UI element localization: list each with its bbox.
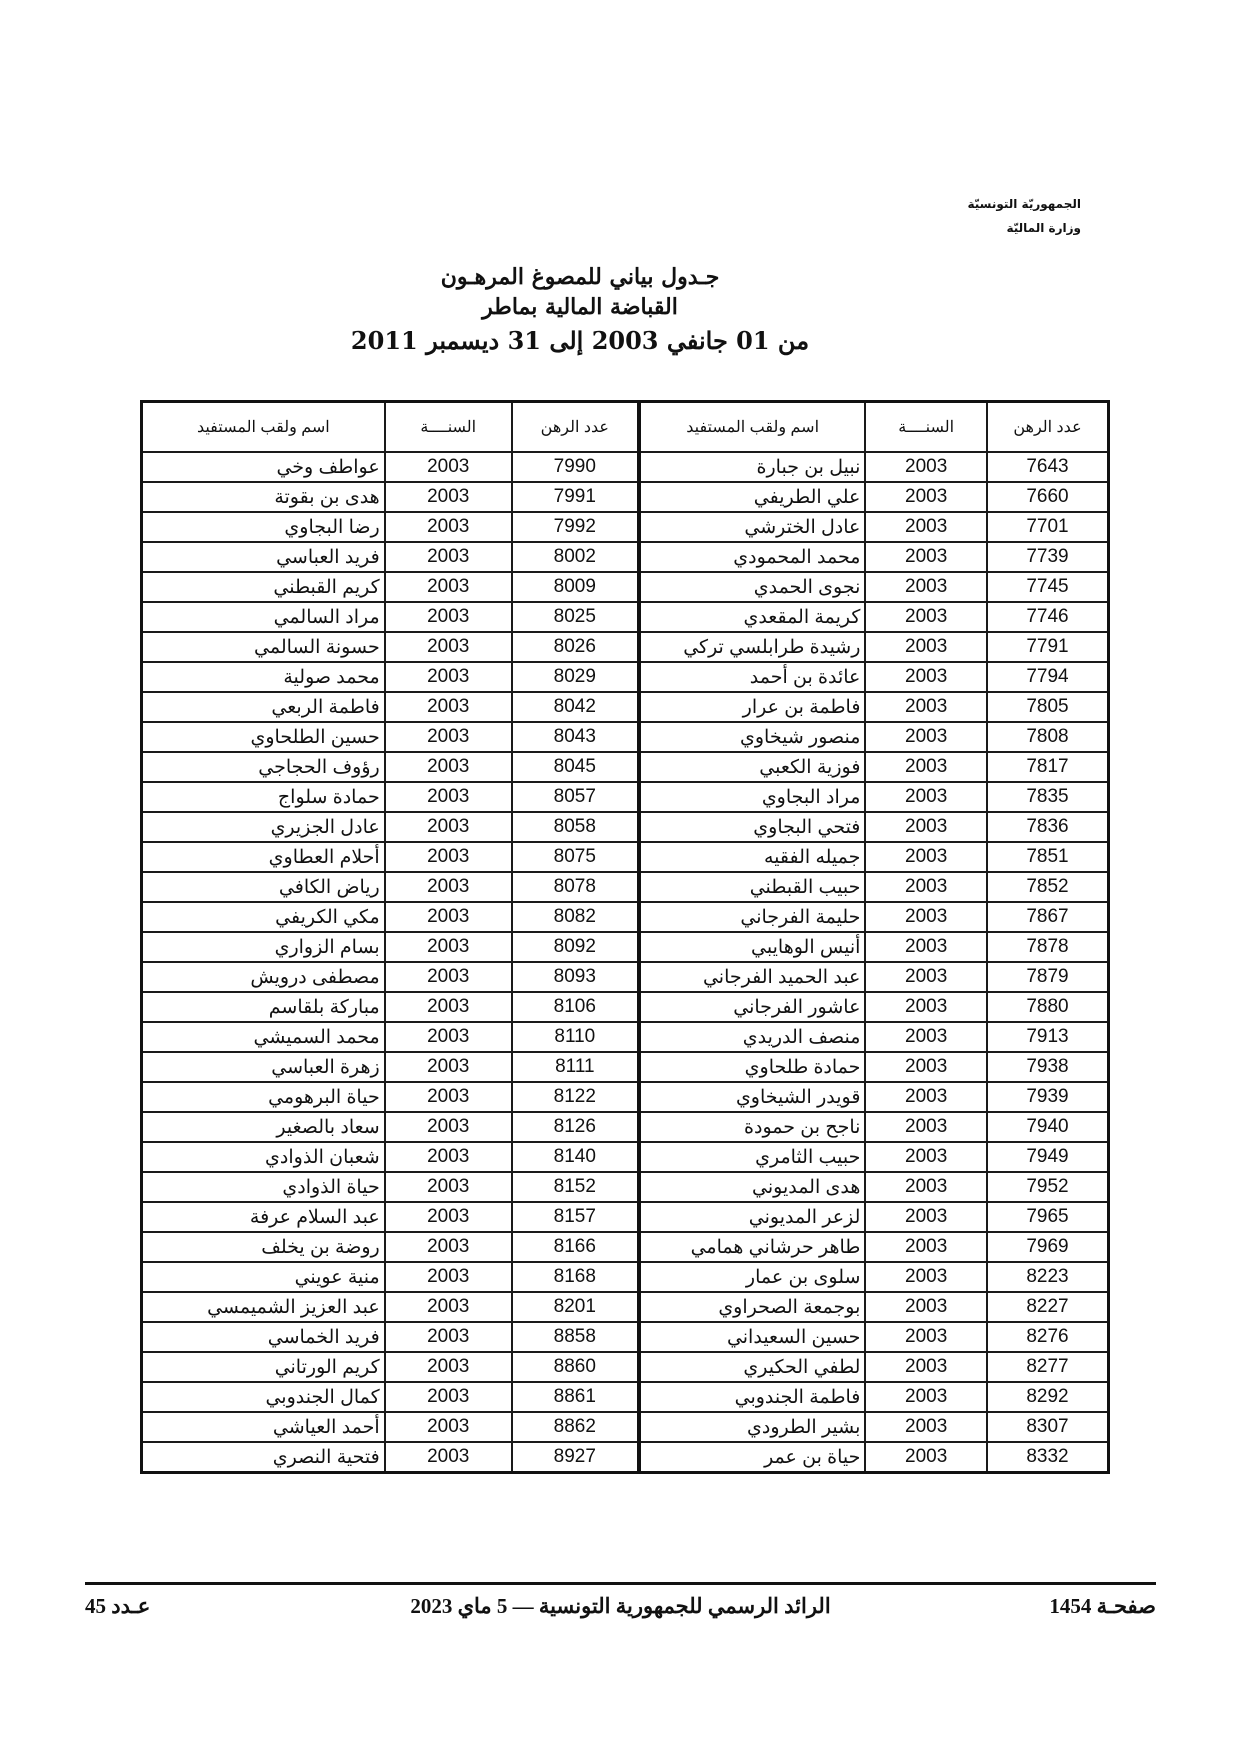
beneficiary-name-cell: ناجح بن حمودة xyxy=(639,1112,866,1142)
year-cell: 2003 xyxy=(865,512,987,542)
year-cell: 2003 xyxy=(865,632,987,662)
beneficiary-name-cell: فاطمة الربعي xyxy=(142,692,385,722)
col-header-year: السنــــة xyxy=(385,402,512,453)
table-header-row: عدد الرهن السنــــة اسم ولقب المستفيد عد… xyxy=(142,402,1109,453)
pledge-number-cell: 7879 xyxy=(987,962,1109,992)
title-line-2: القباضة المالية بماطر xyxy=(300,292,860,322)
pledge-number-cell: 8082 xyxy=(512,902,639,932)
pledge-number-cell: 7791 xyxy=(987,632,1109,662)
year-cell: 2003 xyxy=(865,1382,987,1412)
year-cell: 2003 xyxy=(385,752,512,782)
pledge-number-cell: 8862 xyxy=(512,1412,639,1442)
beneficiary-name-cell: فاطمة بن عرار xyxy=(639,692,866,722)
year-cell: 2003 xyxy=(385,1022,512,1052)
beneficiary-name-cell: حبيب الثامري xyxy=(639,1142,866,1172)
year-cell: 2003 xyxy=(865,1112,987,1142)
beneficiary-name-cell: رضا البجاوي xyxy=(142,512,385,542)
table-row: 78782003أنيس الوهايبي80922003بسام الزوار… xyxy=(142,932,1109,962)
beneficiary-name-cell: هدى المديوني xyxy=(639,1172,866,1202)
pledge-number-cell: 8026 xyxy=(512,632,639,662)
pledge-number-cell: 8140 xyxy=(512,1142,639,1172)
beneficiary-name-cell: سلوى بن عمار xyxy=(639,1262,866,1292)
beneficiary-name-cell: حبيب القبطني xyxy=(639,872,866,902)
pledged-jewelry-table: عدد الرهن السنــــة اسم ولقب المستفيد عد… xyxy=(140,400,1110,1474)
pledge-number-cell: 7992 xyxy=(512,512,639,542)
table-row: 77912003رشيدة طرابلسي تركي80262003حسونة … xyxy=(142,632,1109,662)
beneficiary-name-cell: فوزية الكعبي xyxy=(639,752,866,782)
year-cell: 2003 xyxy=(385,572,512,602)
beneficiary-name-cell: جميله الفقيه xyxy=(639,842,866,872)
pledge-number-cell: 8157 xyxy=(512,1202,639,1232)
pledge-number-cell: 8927 xyxy=(512,1442,639,1473)
year-cell: 2003 xyxy=(865,1442,987,1473)
year-cell: 2003 xyxy=(385,1142,512,1172)
beneficiary-name-cell: فتحي البجاوي xyxy=(639,812,866,842)
pledge-number-cell: 7990 xyxy=(512,452,639,482)
pledge-number-cell: 8292 xyxy=(987,1382,1109,1412)
beneficiary-name-cell: لزعر المديوني xyxy=(639,1202,866,1232)
beneficiary-name-cell: لطفي الحكيري xyxy=(639,1352,866,1382)
table-row: 77462003كريمة المقعدي80252003مراد السالم… xyxy=(142,602,1109,632)
pledge-number-cell: 7913 xyxy=(987,1022,1109,1052)
pledge-number-cell: 8110 xyxy=(512,1022,639,1052)
table-row: 78362003فتحي البجاوي80582003عادل الجزيري xyxy=(142,812,1109,842)
beneficiary-name-cell: عائدة بن أحمد xyxy=(639,662,866,692)
pledge-number-cell: 7969 xyxy=(987,1232,1109,1262)
table-row: 79652003لزعر المديوني81572003عبد السلام … xyxy=(142,1202,1109,1232)
year-cell: 2003 xyxy=(385,782,512,812)
beneficiary-name-cell: عواطف وخي xyxy=(142,452,385,482)
beneficiary-name-cell: حسين الطلحاوي xyxy=(142,722,385,752)
year-cell: 2003 xyxy=(865,1052,987,1082)
pledge-number-cell: 8861 xyxy=(512,1382,639,1412)
pledge-number-cell: 8075 xyxy=(512,842,639,872)
year-cell: 2003 xyxy=(865,902,987,932)
table-row: 82762003حسين السعيداني88582003فريد الخما… xyxy=(142,1322,1109,1352)
beneficiary-name-cell: مراد السالمي xyxy=(142,602,385,632)
year-cell: 2003 xyxy=(865,1352,987,1382)
beneficiary-name-cell: عاشور الفرجاني xyxy=(639,992,866,1022)
table-row: 78512003جميله الفقيه80752003أحلام العطاو… xyxy=(142,842,1109,872)
pledge-number-cell: 7952 xyxy=(987,1172,1109,1202)
year-cell: 2003 xyxy=(385,482,512,512)
beneficiary-name-cell: مباركة بلقاسم xyxy=(142,992,385,1022)
beneficiary-name-cell: حسين السعيداني xyxy=(639,1322,866,1352)
beneficiary-name-cell: مكي الكريفي xyxy=(142,902,385,932)
beneficiary-name-cell: حياة البرهومي xyxy=(142,1082,385,1112)
year-cell: 2003 xyxy=(385,1172,512,1202)
beneficiary-name-cell: حياة بن عمر xyxy=(639,1442,866,1473)
year-cell: 2003 xyxy=(385,692,512,722)
col-header-pledge-number: عدد الرهن xyxy=(987,402,1109,453)
year-cell: 2003 xyxy=(865,1172,987,1202)
year-cell: 2003 xyxy=(385,512,512,542)
pledge-number-cell: 8002 xyxy=(512,542,639,572)
table-row: 78802003عاشور الفرجاني81062003مباركة بلق… xyxy=(142,992,1109,1022)
year-cell: 2003 xyxy=(865,962,987,992)
beneficiary-name-cell: سعاد بالصغير xyxy=(142,1112,385,1142)
beneficiary-name-cell: عادل الجزيري xyxy=(142,812,385,842)
beneficiary-name-cell: علي الطريفي xyxy=(639,482,866,512)
year-cell: 2003 xyxy=(385,1322,512,1352)
table-row: 79522003هدى المديوني81522003حياة الذوادي xyxy=(142,1172,1109,1202)
table-row: 77452003نجوى الحمدي80092003كريم القبطني xyxy=(142,572,1109,602)
table-row: 77392003محمد المحمودي80022003فريد العباس… xyxy=(142,542,1109,572)
beneficiary-name-cell: رؤوف الحجاجي xyxy=(142,752,385,782)
pledge-number-cell: 7643 xyxy=(987,452,1109,482)
table-row: 77942003عائدة بن أحمد80292003محمد صولية xyxy=(142,662,1109,692)
year-cell: 2003 xyxy=(385,722,512,752)
beneficiary-name-cell: نجوى الحمدي xyxy=(639,572,866,602)
col-header-pledge-number: عدد الرهن xyxy=(512,402,639,453)
pledge-number-cell: 7746 xyxy=(987,602,1109,632)
year-cell: 2003 xyxy=(385,1112,512,1142)
pledge-number-cell: 8042 xyxy=(512,692,639,722)
issue-number: عـدد 45 xyxy=(85,1594,150,1619)
pledge-number-cell: 8106 xyxy=(512,992,639,1022)
pledge-number-cell: 7878 xyxy=(987,932,1109,962)
table-row: 83072003بشير الطرودي88622003أحمد العياشي xyxy=(142,1412,1109,1442)
pledge-number-cell: 8277 xyxy=(987,1352,1109,1382)
beneficiary-name-cell: رشيدة طرابلسي تركي xyxy=(639,632,866,662)
pledge-number-cell: 8307 xyxy=(987,1412,1109,1442)
year-cell: 2003 xyxy=(865,1232,987,1262)
beneficiary-name-cell: كريمة المقعدي xyxy=(639,602,866,632)
pledge-number-cell: 8025 xyxy=(512,602,639,632)
year-cell: 2003 xyxy=(865,1082,987,1112)
year-cell: 2003 xyxy=(865,452,987,482)
table-row: 78082003منصور شيخاوي80432003حسين الطلحاو… xyxy=(142,722,1109,752)
year-cell: 2003 xyxy=(865,932,987,962)
col-header-beneficiary: اسم ولقب المستفيد xyxy=(639,402,866,453)
pledge-number-cell: 8078 xyxy=(512,872,639,902)
pledge-number-cell: 7965 xyxy=(987,1202,1109,1232)
year-cell: 2003 xyxy=(385,962,512,992)
year-cell: 2003 xyxy=(385,812,512,842)
beneficiary-name-cell: فريد العباسي xyxy=(142,542,385,572)
table-row: 79492003حبيب الثامري81402003شعبان الذواد… xyxy=(142,1142,1109,1172)
title-date-range: من 01 جانفي 2003 إلى 31 ديسمبر 2011 xyxy=(300,322,860,360)
pledge-number-cell: 8860 xyxy=(512,1352,639,1382)
beneficiary-name-cell: محمد المحمودي xyxy=(639,542,866,572)
year-cell: 2003 xyxy=(865,602,987,632)
year-cell: 2003 xyxy=(865,752,987,782)
beneficiary-name-cell: حليمة الفرجاني xyxy=(639,902,866,932)
table-row: 78522003حبيب القبطني80782003رياض الكافي xyxy=(142,872,1109,902)
year-cell: 2003 xyxy=(385,1412,512,1442)
year-cell: 2003 xyxy=(865,1142,987,1172)
year-cell: 2003 xyxy=(385,872,512,902)
beneficiary-name-cell: عبد العزيز الشميمسي xyxy=(142,1292,385,1322)
year-cell: 2003 xyxy=(865,542,987,572)
table-row: 78672003حليمة الفرجاني80822003مكي الكريف… xyxy=(142,902,1109,932)
country-name: الجمهوريّة التونسيّة xyxy=(967,192,1081,216)
beneficiary-name-cell: حمادة طلحاوي xyxy=(639,1052,866,1082)
year-cell: 2003 xyxy=(865,1202,987,1232)
pledge-number-cell: 8858 xyxy=(512,1322,639,1352)
beneficiary-name-cell: فريد الخماسي xyxy=(142,1322,385,1352)
beneficiary-name-cell: قويدر الشيخاوي xyxy=(639,1082,866,1112)
page-footer: صفحـة 1454 الرائد الرسمي للجمهورية التون… xyxy=(85,1594,1156,1624)
beneficiary-name-cell: نبيل بن جبارة xyxy=(639,452,866,482)
pledge-number-cell: 8045 xyxy=(512,752,639,782)
pledge-number-cell: 7851 xyxy=(987,842,1109,872)
beneficiary-name-cell: حمادة سلواج xyxy=(142,782,385,812)
ministry-header: الجمهوريّة التونسيّة وزارة الماليّة xyxy=(967,192,1081,240)
table-row: 77012003عادل الخترشي79922003رضا البجاوي xyxy=(142,512,1109,542)
pledge-number-cell: 8166 xyxy=(512,1232,639,1262)
pledge-number-cell: 7940 xyxy=(987,1112,1109,1142)
beneficiary-name-cell: منصف الدريدي xyxy=(639,1022,866,1052)
pledge-number-cell: 7867 xyxy=(987,902,1109,932)
year-cell: 2003 xyxy=(865,572,987,602)
year-cell: 2003 xyxy=(385,452,512,482)
pledge-number-cell: 7852 xyxy=(987,872,1109,902)
year-cell: 2003 xyxy=(385,602,512,632)
year-cell: 2003 xyxy=(865,692,987,722)
pledge-number-cell: 8058 xyxy=(512,812,639,842)
pledge-number-cell: 8126 xyxy=(512,1112,639,1142)
beneficiary-name-cell: زهرة العباسي xyxy=(142,1052,385,1082)
title-line-1: جـدول بياني للمصوغ المرهـون xyxy=(300,262,860,292)
pledge-number-cell: 8201 xyxy=(512,1292,639,1322)
table-row: 79692003طاهر حرشاني همامي81662003روضة بن… xyxy=(142,1232,1109,1262)
year-cell: 2003 xyxy=(865,1262,987,1292)
year-cell: 2003 xyxy=(865,782,987,812)
beneficiary-name-cell: منصور شيخاوي xyxy=(639,722,866,752)
year-cell: 2003 xyxy=(385,662,512,692)
beneficiary-name-cell: عبد السلام عرفة xyxy=(142,1202,385,1232)
pledge-number-cell: 7991 xyxy=(512,482,639,512)
beneficiary-name-cell: محمد السميشي xyxy=(142,1022,385,1052)
pledge-number-cell: 8332 xyxy=(987,1442,1109,1473)
beneficiary-name-cell: رياض الكافي xyxy=(142,872,385,902)
table-row: 79392003قويدر الشيخاوي81222003حياة البره… xyxy=(142,1082,1109,1112)
footer-divider xyxy=(85,1582,1156,1585)
year-cell: 2003 xyxy=(865,1412,987,1442)
pledge-number-cell: 8009 xyxy=(512,572,639,602)
pledge-number-cell: 7835 xyxy=(987,782,1109,812)
table-row: 76602003علي الطريفي79912003هدى بن بقوتة xyxy=(142,482,1109,512)
beneficiary-name-cell: حياة الذوادي xyxy=(142,1172,385,1202)
beneficiary-name-cell: منية عويني xyxy=(142,1262,385,1292)
beneficiary-name-cell: كريم الورتاني xyxy=(142,1352,385,1382)
year-cell: 2003 xyxy=(385,1442,512,1473)
ministry-name: وزارة الماليّة xyxy=(967,216,1081,240)
pledge-number-cell: 7739 xyxy=(987,542,1109,572)
pledge-number-cell: 7805 xyxy=(987,692,1109,722)
year-cell: 2003 xyxy=(385,1352,512,1382)
year-cell: 2003 xyxy=(385,992,512,1022)
year-cell: 2003 xyxy=(865,992,987,1022)
year-cell: 2003 xyxy=(865,722,987,752)
beneficiary-name-cell: أنيس الوهايبي xyxy=(639,932,866,962)
year-cell: 2003 xyxy=(385,1052,512,1082)
year-cell: 2003 xyxy=(865,812,987,842)
beneficiary-name-cell: كريم القبطني xyxy=(142,572,385,602)
table-row: 82272003بوجمعة الصحراوي82012003عبد العزي… xyxy=(142,1292,1109,1322)
pledge-number-cell: 7938 xyxy=(987,1052,1109,1082)
year-cell: 2003 xyxy=(385,1082,512,1112)
document-title: جـدول بياني للمصوغ المرهـون القباضة الما… xyxy=(300,262,860,360)
pledge-number-cell: 7836 xyxy=(987,812,1109,842)
col-header-year: السنــــة xyxy=(865,402,987,453)
beneficiary-name-cell: أحمد العياشي xyxy=(142,1412,385,1442)
table-row: 82232003سلوى بن عمار81682003منية عويني xyxy=(142,1262,1109,1292)
pledge-number-cell: 7939 xyxy=(987,1082,1109,1112)
pledge-number-cell: 7794 xyxy=(987,662,1109,692)
beneficiary-name-cell: بسام الزواري xyxy=(142,932,385,962)
pledge-number-cell: 7701 xyxy=(987,512,1109,542)
pledge-number-cell: 8223 xyxy=(987,1262,1109,1292)
table-row: 78172003فوزية الكعبي80452003رؤوف الحجاجي xyxy=(142,752,1109,782)
year-cell: 2003 xyxy=(385,1382,512,1412)
beneficiary-name-cell: كمال الجندوبي xyxy=(142,1382,385,1412)
year-cell: 2003 xyxy=(385,1262,512,1292)
table-row: 82772003لطفي الحكيري88602003كريم الورتان… xyxy=(142,1352,1109,1382)
table-row: 82922003فاطمة الجندوبي88612003كمال الجند… xyxy=(142,1382,1109,1412)
col-header-beneficiary: اسم ولقب المستفيد xyxy=(142,402,385,453)
pledge-number-cell: 7808 xyxy=(987,722,1109,752)
year-cell: 2003 xyxy=(385,932,512,962)
year-cell: 2003 xyxy=(385,902,512,932)
table-row: 78352003مراد البجاوي80572003حمادة سلواج xyxy=(142,782,1109,812)
table-row: 79132003منصف الدريدي81102003محمد السميشي xyxy=(142,1022,1109,1052)
pledge-number-cell: 8111 xyxy=(512,1052,639,1082)
pledge-number-cell: 8152 xyxy=(512,1172,639,1202)
pledge-number-cell: 7949 xyxy=(987,1142,1109,1172)
pledge-number-cell: 8093 xyxy=(512,962,639,992)
beneficiary-name-cell: شعبان الذوادي xyxy=(142,1142,385,1172)
pledge-number-cell: 8043 xyxy=(512,722,639,752)
year-cell: 2003 xyxy=(865,482,987,512)
pledge-number-cell: 7880 xyxy=(987,992,1109,1022)
table-row: 76432003نبيل بن جبارة79902003عواطف وخي xyxy=(142,452,1109,482)
pledge-number-cell: 8276 xyxy=(987,1322,1109,1352)
pledge-number-cell: 8092 xyxy=(512,932,639,962)
beneficiary-name-cell: روضة بن يخلف xyxy=(142,1232,385,1262)
beneficiary-name-cell: عادل الخترشي xyxy=(639,512,866,542)
beneficiary-name-cell: أحلام العطاوي xyxy=(142,842,385,872)
beneficiary-name-cell: بوجمعة الصحراوي xyxy=(639,1292,866,1322)
pledge-number-cell: 7745 xyxy=(987,572,1109,602)
pledge-number-cell: 8227 xyxy=(987,1292,1109,1322)
beneficiary-name-cell: مراد البجاوي xyxy=(639,782,866,812)
year-cell: 2003 xyxy=(865,872,987,902)
pledge-number-cell: 7660 xyxy=(987,482,1109,512)
beneficiary-name-cell: فتحية النصري xyxy=(142,1442,385,1473)
table-row: 78792003عبد الحميد الفرجاني80932003مصطفى… xyxy=(142,962,1109,992)
year-cell: 2003 xyxy=(385,632,512,662)
beneficiary-name-cell: هدى بن بقوتة xyxy=(142,482,385,512)
year-cell: 2003 xyxy=(865,662,987,692)
pledge-number-cell: 8057 xyxy=(512,782,639,812)
table-row: 78052003فاطمة بن عرار80422003فاطمة الربع… xyxy=(142,692,1109,722)
beneficiary-name-cell: طاهر حرشاني همامي xyxy=(639,1232,866,1262)
beneficiary-name-cell: محمد صولية xyxy=(142,662,385,692)
pledge-number-cell: 8029 xyxy=(512,662,639,692)
beneficiary-name-cell: بشير الطرودي xyxy=(639,1412,866,1442)
year-cell: 2003 xyxy=(385,1232,512,1262)
beneficiary-name-cell: فاطمة الجندوبي xyxy=(639,1382,866,1412)
table-row: 79402003ناجح بن حمودة81262003سعاد بالصغي… xyxy=(142,1112,1109,1142)
year-cell: 2003 xyxy=(865,1322,987,1352)
table-row: 79382003حمادة طلحاوي81112003زهرة العباسي xyxy=(142,1052,1109,1082)
year-cell: 2003 xyxy=(385,542,512,572)
year-cell: 2003 xyxy=(385,842,512,872)
table-row: 83322003حياة بن عمر89272003فتحية النصري xyxy=(142,1442,1109,1473)
year-cell: 2003 xyxy=(865,1292,987,1322)
beneficiary-name-cell: حسونة السالمي xyxy=(142,632,385,662)
beneficiary-name-cell: عبد الحميد الفرجاني xyxy=(639,962,866,992)
pledge-number-cell: 8122 xyxy=(512,1082,639,1112)
year-cell: 2003 xyxy=(865,1022,987,1052)
pledge-number-cell: 7817 xyxy=(987,752,1109,782)
pledge-number-cell: 8168 xyxy=(512,1262,639,1292)
year-cell: 2003 xyxy=(865,842,987,872)
year-cell: 2003 xyxy=(385,1292,512,1322)
year-cell: 2003 xyxy=(385,1202,512,1232)
beneficiary-name-cell: مصطفى درويش xyxy=(142,962,385,992)
gazette-title-date: الرائد الرسمي للجمهورية التونسية — 5 ماي… xyxy=(85,1594,1156,1619)
